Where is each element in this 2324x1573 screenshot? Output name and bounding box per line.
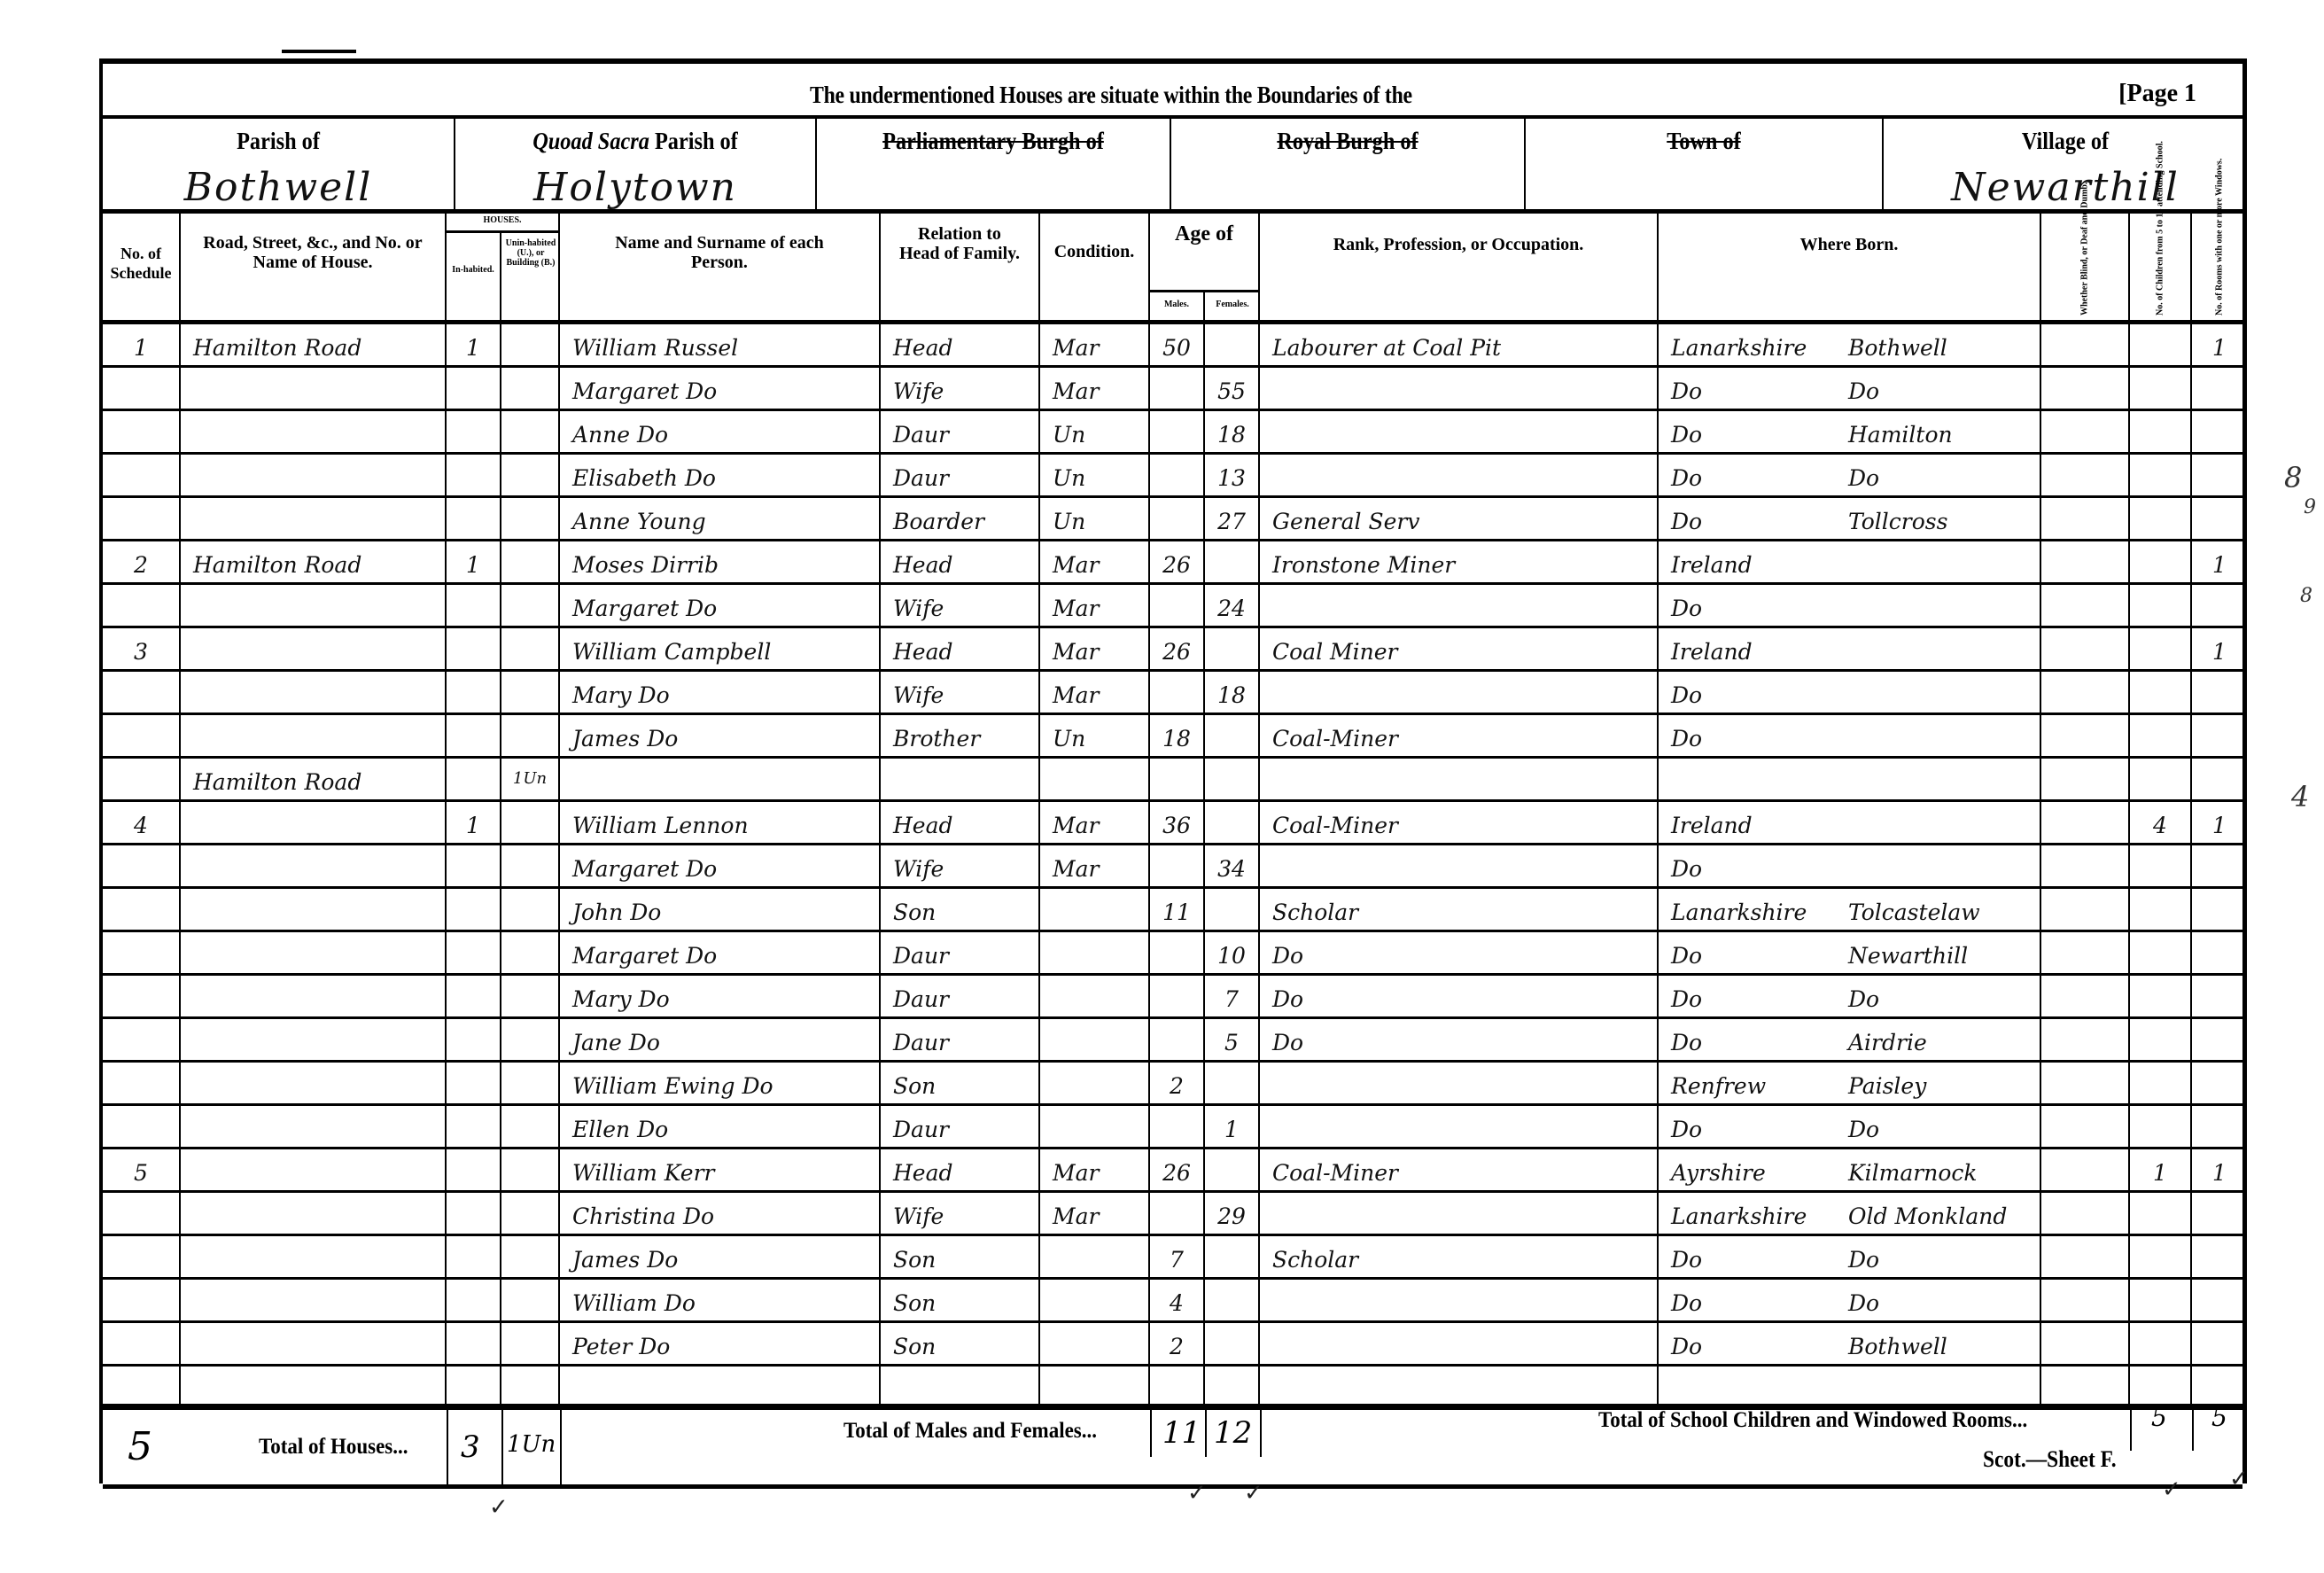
cell-male-age: [1150, 1019, 1205, 1063]
table-row: James DoSon7ScholarDoDo: [103, 1236, 2242, 1280]
cell-road: Hamilton Road: [181, 541, 447, 585]
cell-male-age: 26: [1150, 628, 1205, 672]
col-blind-deaf: Whether Blind, or Deaf and Dumb.: [2041, 214, 2130, 320]
cell-born-county: Do: [1659, 1280, 1836, 1323]
cell-male-age: [1150, 498, 1205, 541]
cell-inhabited: [447, 1193, 501, 1236]
cell-born-place: Do: [1836, 976, 2041, 1019]
cell-born-place: Tollcross: [1836, 498, 2041, 541]
cell-uninhabited: [501, 324, 560, 368]
cell-male-age: [1150, 455, 1205, 498]
cell-uninhabited: [501, 715, 560, 759]
cell-female-age: [1205, 1063, 1260, 1106]
cell-schedule: [103, 1280, 181, 1323]
cell-occupation: Coal Miner: [1260, 628, 1659, 672]
total-females: 12: [1214, 1415, 1252, 1451]
cell-occupation: Do: [1260, 932, 1659, 976]
cell-born-county: Renfrew: [1659, 1063, 1836, 1106]
cell-male-age: 26: [1150, 541, 1205, 585]
cell-blind: [2041, 889, 2130, 932]
cell-schedule: [103, 889, 181, 932]
total-males: 11: [1162, 1415, 1201, 1451]
table-row: Margaret DoWifeMar34Do: [103, 845, 2242, 889]
cell-uninhabited: [501, 845, 560, 889]
cell-rooms: [2192, 1323, 2247, 1367]
cell-school: [2130, 1323, 2192, 1367]
cell-female-age: [1205, 1236, 1260, 1280]
table-row: 3William CampbellHeadMar26Coal MinerIrel…: [103, 628, 2242, 672]
cell-relation: Daur: [881, 932, 1040, 976]
cell-name: William Russel: [560, 324, 881, 368]
cell-name: Peter Do: [560, 1323, 881, 1367]
boundary-label: Quoad Sacra Parish of: [473, 128, 797, 155]
cell-born-place: Do: [1836, 1106, 2041, 1149]
totals-divider: [1205, 1408, 1207, 1457]
cell-road: [181, 1149, 447, 1193]
cell-road: [181, 455, 447, 498]
cell-condition: [1040, 1280, 1150, 1323]
table-row: Jane DoDaur5DoDoAirdrie: [103, 1019, 2242, 1063]
table-row: Elisabeth DoDaurUn13DoDo: [103, 455, 2242, 498]
cell-name: Margaret Do: [560, 845, 881, 889]
cell-occupation: [1260, 1063, 1659, 1106]
total-school-children: 5: [2151, 1403, 2167, 1432]
cell-occupation: [1260, 1323, 1659, 1367]
cell-relation: Son: [881, 889, 1040, 932]
cell-condition: [1040, 932, 1150, 976]
table-row: Mary DoWifeMar18Do: [103, 672, 2242, 715]
cell-male-age: 2: [1150, 1063, 1205, 1106]
check-mark: ✓: [2162, 1476, 2181, 1503]
cell-blind: [2041, 715, 2130, 759]
cell-uninhabited: [501, 585, 560, 628]
cell-uninhabited: [501, 1149, 560, 1193]
cell-school: [2130, 759, 2192, 802]
cell-occupation: [1260, 411, 1659, 455]
table-row: Mary DoDaur7DoDoDo: [103, 976, 2242, 1019]
cell-relation: Wife: [881, 845, 1040, 889]
cell-born-place: [1836, 585, 2041, 628]
cell-female-age: [1205, 628, 1260, 672]
cell-road: Hamilton Road: [181, 324, 447, 368]
cell-born-county: Ayrshire: [1659, 1149, 1836, 1193]
cell-road: [181, 932, 447, 976]
cell-schedule: [103, 498, 181, 541]
cell-born-place: [1836, 845, 2041, 889]
cell-born-county: Do: [1659, 1019, 1836, 1063]
cell-condition: Mar: [1040, 1193, 1150, 1236]
cell-born-county: Ireland: [1659, 541, 1836, 585]
cell-schedule: [103, 759, 181, 802]
cell-uninhabited: [501, 932, 560, 976]
cell-occupation: [1260, 585, 1659, 628]
table-row: John DoSon11ScholarLanarkshireTolcastela…: [103, 889, 2242, 932]
boundary-label: Royal Burgh of: [1189, 128, 1506, 155]
cell-school: [2130, 1193, 2192, 1236]
cell-blind: [2041, 628, 2130, 672]
cell-born-place: Do: [1836, 1236, 2041, 1280]
table-row: James DoBrotherUn18Coal-MinerDo: [103, 715, 2242, 759]
cell-schedule: [103, 1106, 181, 1149]
cell-born-place: [1836, 541, 2041, 585]
cell-condition: Mar: [1040, 628, 1150, 672]
cell-born-county: Ireland: [1659, 628, 1836, 672]
cell-relation: Wife: [881, 672, 1040, 715]
cell-condition: Un: [1040, 411, 1150, 455]
cell-condition: [1040, 889, 1150, 932]
cell-born-county: Do: [1659, 455, 1836, 498]
cell-born-place: Paisley: [1836, 1063, 2041, 1106]
cell-relation: Wife: [881, 585, 1040, 628]
cell-school: [2130, 455, 2192, 498]
cell-inhabited: [447, 1063, 501, 1106]
totals-row: 5 Total of Houses... 3 1Un Total of Male…: [103, 1404, 2242, 1489]
cell-condition: Mar: [1040, 672, 1150, 715]
cell-uninhabited: [501, 889, 560, 932]
cell-born-county: Lanarkshire: [1659, 1193, 1836, 1236]
cell-name: [560, 759, 881, 802]
cell-occupation: Scholar: [1260, 1236, 1659, 1280]
cell-relation: Son: [881, 1063, 1040, 1106]
cell-occupation: Coal-Miner: [1260, 802, 1659, 845]
top-pen-mark: [282, 50, 356, 53]
cell-inhabited: [447, 672, 501, 715]
cell-name: William Campbell: [560, 628, 881, 672]
cell-blind: [2041, 1323, 2130, 1367]
cell-condition: [1040, 976, 1150, 1019]
form-reference: Scot.—Sheet F.: [1983, 1446, 2117, 1473]
cell-school: [2130, 1106, 2192, 1149]
cell-occupation: Labourer at Coal Pit: [1260, 324, 1659, 368]
cell-occupation: Coal-Miner: [1260, 1149, 1659, 1193]
cell-blind: [2041, 455, 2130, 498]
cell-male-age: [1150, 1193, 1205, 1236]
cell-rooms: [2192, 889, 2247, 932]
boundary-label-text: Parish of: [649, 128, 738, 154]
table-row: Margaret DoDaur10DoDoNewarthill: [103, 932, 2242, 976]
cell-name: John Do: [560, 889, 881, 932]
cell-uninhabited: [501, 802, 560, 845]
cell-school: [2130, 1280, 2192, 1323]
cell-schedule: [103, 845, 181, 889]
cell-school: [2130, 498, 2192, 541]
cell-rooms: [2192, 498, 2247, 541]
cell-road: [181, 715, 447, 759]
cell-blind: [2041, 845, 2130, 889]
cell-blind: [2041, 585, 2130, 628]
cell-male-age: [1150, 585, 1205, 628]
boundary-value: Holytown: [455, 165, 815, 210]
cell-born-place: [1836, 628, 2041, 672]
cell-road: [181, 845, 447, 889]
cell-born-place: Old Monkland: [1836, 1193, 2041, 1236]
boundary-value: Newarthill: [1884, 165, 2247, 210]
col-age-group: Age of Males. Females.: [1150, 214, 1260, 320]
cell-rooms: [2192, 1280, 2247, 1323]
cell-born-county: Do: [1659, 845, 1836, 889]
column-header: No. of Schedule Road, Street, &c., and N…: [103, 214, 2242, 320]
cell-school: [2130, 932, 2192, 976]
cell-road: [181, 1193, 447, 1236]
cell-uninhabited: [501, 1323, 560, 1367]
cell-condition: Mar: [1040, 368, 1150, 411]
cell-male-age: [1150, 759, 1205, 802]
cell-schedule: 4: [103, 802, 181, 845]
boundary-label: Parish of: [120, 128, 436, 155]
cell-uninhabited: [501, 1280, 560, 1323]
cell-blind: [2041, 1280, 2130, 1323]
col-males: Males.: [1150, 292, 1205, 320]
cell-female-age: [1205, 1323, 1260, 1367]
cell-rooms: 1: [2192, 324, 2247, 368]
cell-blind: [2041, 368, 2130, 411]
margin-annotation: 9: [2304, 496, 2316, 518]
table-row: 5William KerrHeadMar26Coal-MinerAyrshire…: [103, 1149, 2242, 1193]
cell-school: [2130, 1019, 2192, 1063]
cell-schedule: [103, 1236, 181, 1280]
cell-relation: Boarder: [881, 498, 1040, 541]
census-sheet: The undermentioned Houses are situate wi…: [99, 58, 2247, 1483]
col-relation: Relation to Head of Family.: [881, 214, 1040, 320]
cell-blind: [2041, 1236, 2130, 1280]
cell-relation: Daur: [881, 455, 1040, 498]
boundary-label: Village of: [1902, 128, 2229, 155]
boundary-royal-burgh: Royal Burgh of: [1171, 119, 1526, 209]
totals-divider: [2130, 1408, 2132, 1451]
cell-blind: [2041, 932, 2130, 976]
cell-road: [181, 976, 447, 1019]
table-row: 41William LennonHeadMar36Coal-MinerIrela…: [103, 802, 2242, 845]
cell-uninhabited: [501, 1063, 560, 1106]
cell-name: Elisabeth Do: [560, 455, 881, 498]
cell-blind: [2041, 976, 2130, 1019]
cell-schedule: 2: [103, 541, 181, 585]
cell-school: [2130, 411, 2192, 455]
cell-occupation: Ironstone Miner: [1260, 541, 1659, 585]
check-mark: ✓: [489, 1494, 509, 1521]
cell-blind: [2041, 411, 2130, 455]
cell-occupation: Do: [1260, 1019, 1659, 1063]
cell-inhabited: [447, 889, 501, 932]
cell-born-place: [1836, 802, 2041, 845]
cell-name: William Do: [560, 1280, 881, 1323]
col-houses-group: HOUSES. In-habited. Unin-habited (U.), o…: [447, 214, 560, 320]
boundaries-row: Parish of Bothwell Quoad Sacra Parish of…: [103, 119, 2242, 209]
boundary-town: Town of: [1526, 119, 1884, 209]
cell-condition: [1040, 1106, 1150, 1149]
cell-occupation: Do: [1260, 976, 1659, 1019]
cell-born-county: Do: [1659, 411, 1836, 455]
cell-school: [2130, 628, 2192, 672]
cell-inhabited: [447, 585, 501, 628]
cell-male-age: [1150, 368, 1205, 411]
cell-born-county: Do: [1659, 585, 1836, 628]
cell-rooms: [2192, 368, 2247, 411]
cell-inhabited: [447, 498, 501, 541]
cell-born-place: Bothwell: [1836, 1323, 2041, 1367]
cell-uninhabited: [501, 672, 560, 715]
cell-relation: Head: [881, 1149, 1040, 1193]
cell-relation: Head: [881, 802, 1040, 845]
cell-blind: [2041, 498, 2130, 541]
cell-rooms: [2192, 1063, 2247, 1106]
cell-born-place: Newarthill: [1836, 932, 2041, 976]
cell-condition: Mar: [1040, 541, 1150, 585]
total-schedules: 5: [128, 1424, 152, 1469]
cell-rooms: [2192, 455, 2247, 498]
cell-name: William Ewing Do: [560, 1063, 881, 1106]
cell-female-age: [1205, 889, 1260, 932]
cell-inhabited: 1: [447, 324, 501, 368]
cell-rooms: [2192, 585, 2247, 628]
cell-occupation: [1260, 759, 1659, 802]
cell-inhabited: [447, 411, 501, 455]
boundary-label-italic: Quoad Sacra: [532, 128, 649, 154]
cell-school: [2130, 1063, 2192, 1106]
margin-annotation: 8: [2300, 585, 2312, 607]
cell-blind: [2041, 1019, 2130, 1063]
cell-relation: Daur: [881, 1106, 1040, 1149]
cell-born-place: Bothwell: [1836, 324, 2041, 368]
table-row: Anne YoungBoarderUn27General ServDoTollc…: [103, 498, 2242, 541]
margin-annotation: 8: [2284, 461, 2302, 494]
cell-female-age: [1205, 802, 1260, 845]
cell-inhabited: [447, 455, 501, 498]
cell-uninhabited: [501, 1236, 560, 1280]
cell-condition: Un: [1040, 498, 1150, 541]
col-where-born: Where Born.: [1659, 214, 2041, 320]
cell-schedule: [103, 368, 181, 411]
cell-relation: Brother: [881, 715, 1040, 759]
table-row: Ellen DoDaur1DoDo: [103, 1106, 2242, 1149]
cell-blind: [2041, 1193, 2130, 1236]
cell-female-age: 18: [1205, 411, 1260, 455]
cell-occupation: [1260, 368, 1659, 411]
table-row: Margaret DoWifeMar55DoDo: [103, 368, 2242, 411]
cell-name: Anne Do: [560, 411, 881, 455]
cell-condition: [1040, 1236, 1150, 1280]
cell-name: William Kerr: [560, 1149, 881, 1193]
cell-schedule: [103, 585, 181, 628]
cell-rooms: 1: [2192, 628, 2247, 672]
cell-condition: [1040, 1019, 1150, 1063]
cell-occupation: Scholar: [1260, 889, 1659, 932]
cell-rooms: [2192, 932, 2247, 976]
cell-occupation: [1260, 1193, 1659, 1236]
cell-occupation: [1260, 455, 1659, 498]
page-label: [Page 1: [2118, 80, 2196, 108]
cell-male-age: 7: [1150, 1236, 1205, 1280]
cell-condition: [1040, 1063, 1150, 1106]
boundary-parliamentary-burgh: Parliamentary Burgh of: [817, 119, 1171, 209]
age-subheader: Males. Females.: [1150, 290, 1258, 320]
cell-blind: [2041, 1106, 2130, 1149]
cell-male-age: 18: [1150, 715, 1205, 759]
margin-annotation: 4: [2291, 780, 2309, 814]
cell-condition: [1040, 1323, 1150, 1367]
cell-inhabited: [447, 1323, 501, 1367]
boundary-value: Bothwell: [103, 165, 454, 210]
total-houses-label: Total of Houses...: [259, 1435, 408, 1460]
cell-school: 1: [2130, 1149, 2192, 1193]
cell-relation: Wife: [881, 368, 1040, 411]
table-row: 2Hamilton Road1Moses DirribHeadMar26Iron…: [103, 541, 2242, 585]
cell-occupation: Coal-Miner: [1260, 715, 1659, 759]
cell-female-age: 29: [1205, 1193, 1260, 1236]
cell-relation: Daur: [881, 976, 1040, 1019]
total-windowed-rooms: 5: [2211, 1403, 2227, 1432]
cell-born-county: Lanarkshire: [1659, 889, 1836, 932]
cell-inhabited: [447, 368, 501, 411]
cell-uninhabited: [501, 541, 560, 585]
cell-male-age: [1150, 411, 1205, 455]
cell-school: [2130, 715, 2192, 759]
table-row: Hamilton Road1Un: [103, 759, 2242, 802]
cell-rooms: [2192, 672, 2247, 715]
cell-rooms: [2192, 976, 2247, 1019]
cell-female-age: 1: [1205, 1106, 1260, 1149]
col-uninhabited: Unin-habited (U.), or Building (B.): [501, 233, 560, 320]
banner: The undermentioned Houses are situate wi…: [103, 76, 2242, 112]
cell-school: 4: [2130, 802, 2192, 845]
cell-female-age: 27: [1205, 498, 1260, 541]
cell-road: [181, 1323, 447, 1367]
cell-inhabited: [447, 932, 501, 976]
cell-born-county: Do: [1659, 976, 1836, 1019]
cell-male-age: 36: [1150, 802, 1205, 845]
cell-inhabited: 1: [447, 541, 501, 585]
cell-inhabited: [447, 845, 501, 889]
cell-condition: Mar: [1040, 1149, 1150, 1193]
cell-blind: [2041, 802, 2130, 845]
cell-born-county: Ireland: [1659, 802, 1836, 845]
cell-name: William Lennon: [560, 802, 881, 845]
cell-condition: Un: [1040, 455, 1150, 498]
cell-male-age: [1150, 976, 1205, 1019]
totals-divider: [447, 1408, 448, 1484]
col-occupation: Rank, Profession, or Occupation.: [1260, 214, 1659, 320]
cell-born-place: Airdrie: [1836, 1019, 2041, 1063]
cell-male-age: 50: [1150, 324, 1205, 368]
col-females: Females.: [1205, 292, 1260, 320]
cell-female-age: [1205, 324, 1260, 368]
totals-divider: [2192, 1408, 2194, 1451]
cell-schedule: [103, 976, 181, 1019]
cell-schedule: [103, 672, 181, 715]
col-school-children: No. of Children from 5 to 15 attending S…: [2130, 214, 2192, 320]
cell-born-place: Kilmarnock: [1836, 1149, 2041, 1193]
cell-female-age: 34: [1205, 845, 1260, 889]
cell-school: [2130, 585, 2192, 628]
cell-schedule: [103, 411, 181, 455]
cell-born-place: Hamilton: [1836, 411, 2041, 455]
totals-divider: [1150, 1408, 1152, 1457]
cell-name: Ellen Do: [560, 1106, 881, 1149]
cell-schedule: [103, 1323, 181, 1367]
cell-uninhabited: 1Un: [501, 759, 560, 802]
boundary-village: Village of Newarthill: [1884, 119, 2247, 209]
cell-road: Hamilton Road: [181, 759, 447, 802]
cell-inhabited: [447, 1106, 501, 1149]
cell-inhabited: [447, 1019, 501, 1063]
cell-schedule: [103, 1063, 181, 1106]
cell-born-place: Do: [1836, 1280, 2041, 1323]
cell-rooms: [2192, 1106, 2247, 1149]
table-row: William DoSon4DoDo: [103, 1280, 2242, 1323]
cell-road: [181, 628, 447, 672]
banner-title: The undermentioned Houses are situate wi…: [810, 82, 1412, 109]
cell-schedule: [103, 1193, 181, 1236]
